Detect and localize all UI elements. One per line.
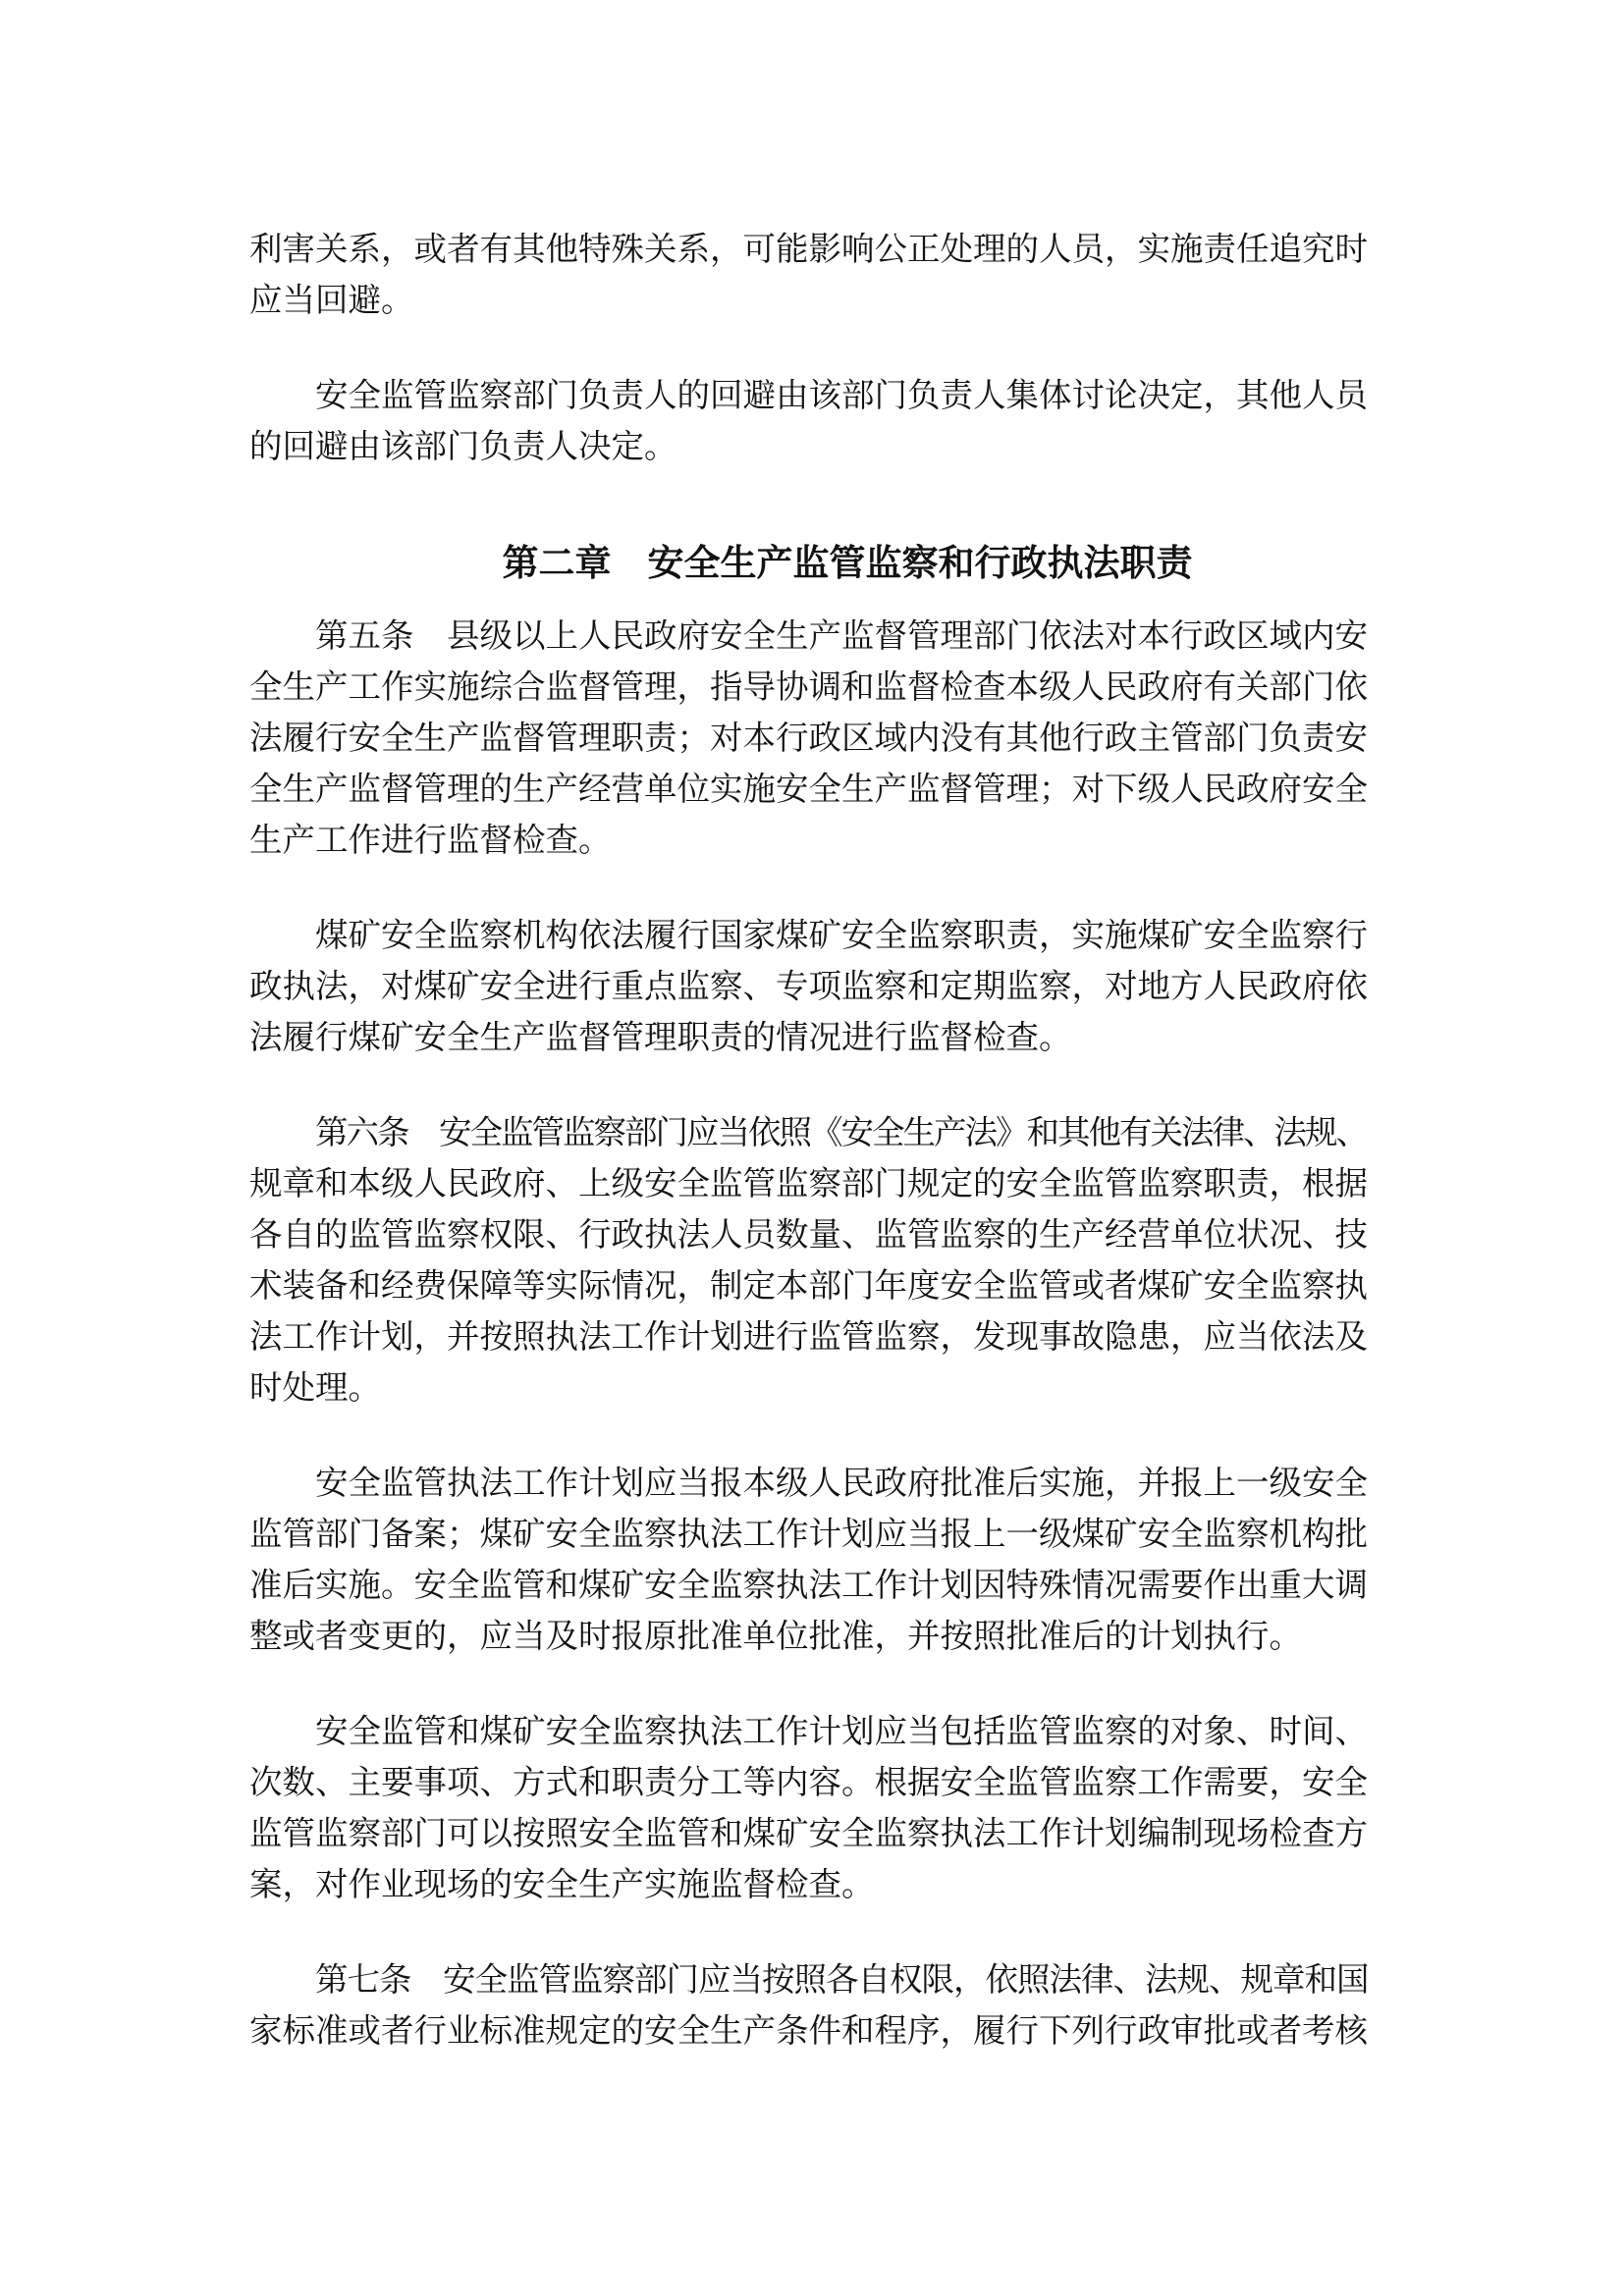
body-line: 全生产监督管理的生产经营单位实施安全生产监督管理；对下级人民政府安全 <box>249 765 1375 816</box>
body-line: 利害关系，或者有其他特殊关系，可能影响公正处理的人员，实施责任追究时 <box>249 225 1375 276</box>
document-page: 利害关系，或者有其他特殊关系，可能影响公正处理的人员，实施责任追究时 应当回避。… <box>0 0 1624 2296</box>
body-line: 规章和本级人民政府、上级安全监管监察部门规定的安全监管监察职责，根据 <box>249 1159 1375 1210</box>
paragraph-coal-mine-inspection: 煤矿安全监察机构依法履行国家煤矿安全监察职责，实施煤矿安全监察行 政执法，对煤矿… <box>249 911 1375 1064</box>
body-line: 安全监管执法工作计划应当报本级人民政府批准后实施，并报上一级安全 <box>249 1459 1375 1510</box>
body-line: 法工作计划，并按照执法工作计划进行监管监察，发现事故隐患，应当依法及 <box>249 1312 1375 1363</box>
body-line: 煤矿安全监察机构依法履行国家煤矿安全监察职责，实施煤矿安全监察行 <box>249 911 1375 962</box>
chapter-heading: 第二章 安全生产监管监察和行政执法职责 <box>320 537 1375 592</box>
body-line: 次数、主要事项、方式和职责分工等内容。根据安全监管监察工作需要，安全 <box>249 1758 1375 1809</box>
body-line: 生产工作进行监督检查。 <box>249 816 1375 867</box>
body-line: 家标准或者行业标准规定的安全生产条件和程序，履行下列行政审批或者考核 <box>249 2006 1375 2057</box>
paragraph-continued-from-previous-page: 利害关系，或者有其他特殊关系，可能影响公正处理的人员，实施责任追究时 应当回避。 <box>249 225 1375 327</box>
body-line: 安全监管监察部门负责人的回避由该部门负责人集体讨论决定，其他人员 <box>249 371 1375 422</box>
body-line: 整或者变更的，应当及时报原批准单位批准，并按照批准后的计划执行。 <box>249 1612 1375 1663</box>
body-line: 术装备和经费保障等实际情况，制定本部门年度安全监管或者煤矿安全监察执 <box>249 1261 1375 1312</box>
paragraph-recusal-decision: 安全监管监察部门负责人的回避由该部门负责人集体讨论决定，其他人员 的回避由该部门… <box>249 371 1375 473</box>
body-line: 政执法，对煤矿安全进行重点监察、专项监察和定期监察，对地方人民政府依 <box>249 962 1375 1013</box>
body-line: 安全监管和煤矿安全监察执法工作计划应当包括监管监察的对象、时间、 <box>249 1707 1375 1758</box>
paragraph-plan-approval: 安全监管执法工作计划应当报本级人民政府批准后实施，并报上一级安全 监管部门备案；… <box>249 1459 1375 1663</box>
paragraph-article-6: 第六条 安全监管监察部门应当依照《安全生产法》和其他有关法律、法规、 规章和本级… <box>249 1108 1375 1415</box>
document-text-block: 利害关系，或者有其他特殊关系，可能影响公正处理的人员，实施责任追究时 应当回避。… <box>249 225 1375 2102</box>
body-line: 的回避由该部门负责人决定。 <box>249 422 1375 473</box>
body-line: 案，对作业现场的安全生产实施监督检查。 <box>249 1860 1375 1911</box>
body-line: 监管监察部门可以按照安全监管和煤矿安全监察执法工作计划编制现场检查方 <box>249 1809 1375 1860</box>
body-line: 第六条 安全监管监察部门应当依照《安全生产法》和其他有关法律、法规、 <box>249 1108 1375 1159</box>
body-line: 法履行煤矿安全生产监督管理职责的情况进行监督检查。 <box>249 1013 1375 1064</box>
body-line: 第七条 安全监管监察部门应当按照各自权限，依照法律、法规、规章和国 <box>249 1955 1375 2006</box>
body-line: 时处理。 <box>249 1363 1375 1415</box>
body-line: 第五条 县级以上人民政府安全生产监督管理部门依法对本行政区域内安 <box>249 612 1375 663</box>
page-background: { "doc": { "heading": "第二章 安全生产监管监察和行政执法… <box>0 0 1624 2296</box>
body-line: 各自的监管监察权限、行政执法人员数量、监管监察的生产经营单位状况、技 <box>249 1210 1375 1261</box>
body-line: 监管部门备案；煤矿安全监察执法工作计划应当报上一级煤矿安全监察机构批 <box>249 1510 1375 1561</box>
paragraph-plan-contents: 安全监管和煤矿安全监察执法工作计划应当包括监管监察的对象、时间、 次数、主要事项… <box>249 1707 1375 1911</box>
body-line: 应当回避。 <box>249 276 1375 327</box>
body-line: 法履行安全生产监督管理职责；对本行政区域内没有其他行政主管部门负责安 <box>249 714 1375 765</box>
paragraph-article-5: 第五条 县级以上人民政府安全生产监督管理部门依法对本行政区域内安 全生产工作实施… <box>249 612 1375 867</box>
body-line: 全生产工作实施综合监督管理，指导协调和监督检查本级人民政府有关部门依 <box>249 663 1375 714</box>
body-line: 准后实施。安全监管和煤矿安全监察执法工作计划因特殊情况需要作出重大调 <box>249 1561 1375 1612</box>
paragraph-article-7: 第七条 安全监管监察部门应当按照各自权限，依照法律、法规、规章和国 家标准或者行… <box>249 1955 1375 2057</box>
